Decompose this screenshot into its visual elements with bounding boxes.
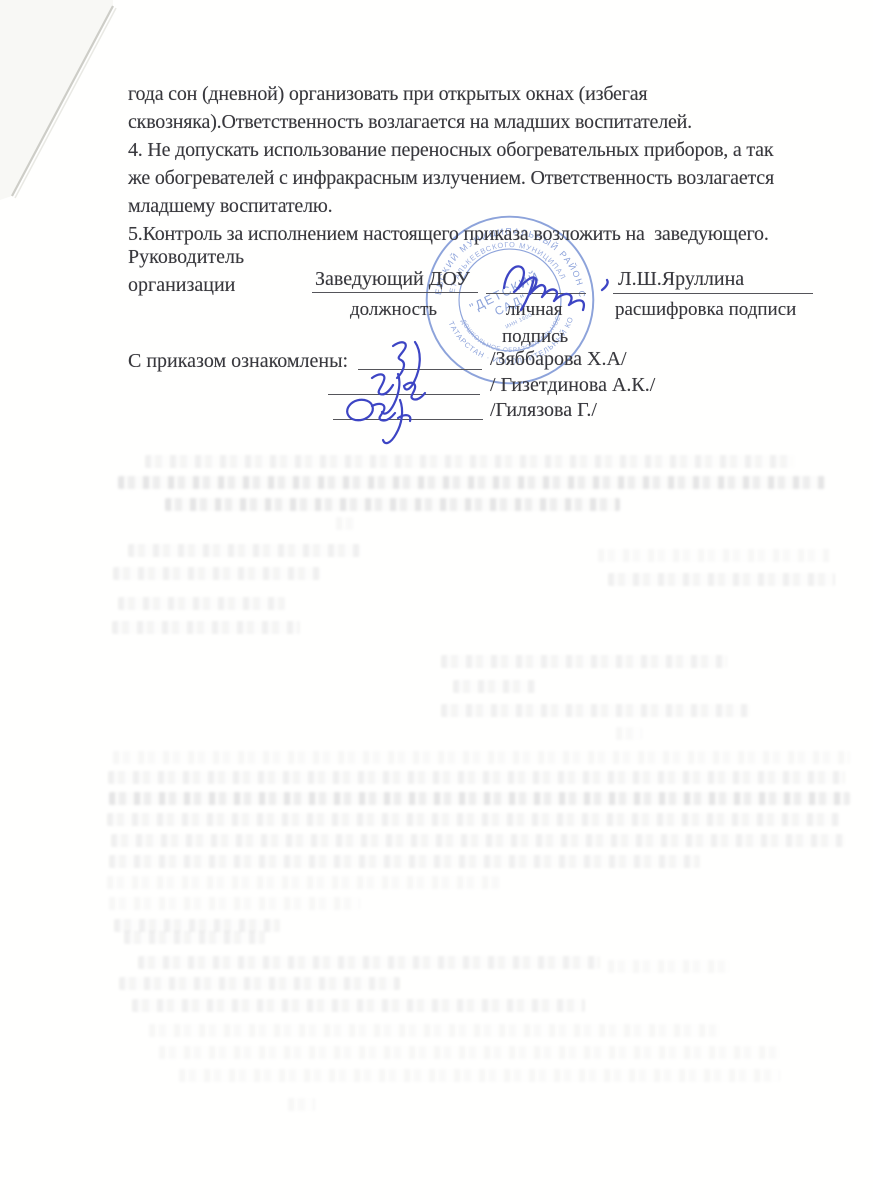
bleed-through-line [118, 597, 285, 610]
bleed-through-line [159, 1046, 780, 1059]
body-text: года сон (дневной) организовать при откр… [128, 80, 774, 248]
bleed-through-line [288, 1098, 315, 1111]
bleed-through-line [107, 813, 840, 826]
acknowledgement-entry: /Зяббарова Х.А/ [490, 348, 627, 371]
bleed-through-line [608, 573, 835, 586]
bleed-through-line [441, 655, 727, 668]
acknowledgement-entry: / Гизетдинова А.К./ [490, 374, 655, 397]
body-line: же обогревателей с инфракрасным излучени… [128, 164, 774, 192]
acknowledgement-entry: /Гилязова Г./ [490, 399, 597, 422]
bleed-through-line [113, 567, 320, 580]
signature-line [613, 293, 813, 294]
personal-signature-caption-line2: подпись [502, 326, 568, 348]
bleed-through-line [336, 517, 354, 530]
body-line: младшему воспитателю. [128, 192, 774, 220]
bleed-through-line [149, 1024, 720, 1037]
body-line: 4. Не допускать использование переносных… [128, 136, 774, 164]
bleed-through-line [179, 1069, 780, 1082]
bleed-through-line [598, 549, 830, 562]
bleed-through-line [118, 476, 825, 489]
signature-line [312, 292, 478, 293]
bleed-through-line [109, 855, 700, 868]
bleed-through-line [107, 876, 500, 889]
bleed-through-line [109, 897, 360, 910]
bleed-through-line [128, 544, 360, 557]
bleed-through-line [108, 771, 845, 784]
bleed-through-line [111, 834, 845, 847]
position-value: Заведующий ДОУ [315, 268, 470, 291]
bleed-through-line [441, 704, 750, 717]
bleed-through-line [132, 999, 585, 1012]
bleed-through-line [112, 621, 300, 634]
bleed-through-line [165, 498, 620, 511]
body-line: сквозняка).Ответственность возлагается н… [128, 108, 774, 136]
acknowledgement-signature-ink [338, 388, 448, 458]
body-line: года сон (дневной) организовать при откр… [128, 80, 774, 108]
leader-label-line1: Руководитель [128, 246, 244, 269]
body-line: 5.Контроль за исполнением настоящего при… [128, 220, 774, 248]
bleed-through-line [119, 977, 400, 990]
bleed-through-line [608, 960, 730, 973]
name-caption: расшифровка подписи [615, 299, 796, 321]
head-signature-ink [490, 250, 620, 312]
bleed-through-line [453, 680, 536, 693]
acknowledgement-label: С приказом ознакомлены: [128, 350, 348, 373]
bleed-through-line [145, 455, 795, 468]
leader-label-line2: организации [128, 274, 235, 297]
name-value: Л.Ш.Яруллина [618, 268, 744, 291]
bleed-through-line [113, 751, 850, 764]
scanned-document-page: года сон (дневной) организовать при откр… [0, 0, 873, 1200]
bleed-through-line [138, 956, 600, 969]
bleed-through-line [616, 727, 642, 740]
page-fold-corner [0, 0, 140, 210]
bleed-through-line [124, 931, 265, 944]
position-caption: должность [350, 299, 437, 321]
bleed-through-line [109, 792, 850, 805]
